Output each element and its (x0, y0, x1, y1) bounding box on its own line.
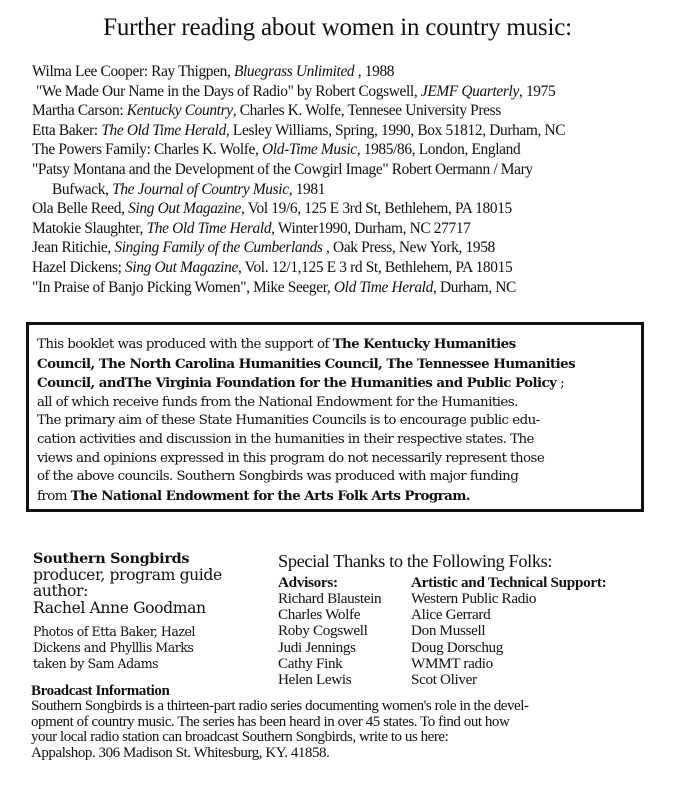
supporter-name: Western Public Radio (411, 591, 671, 607)
advisors-heading: Advisors: (278, 575, 411, 591)
producer-role: producer, program guide (33, 567, 253, 583)
advisor-name: Charles Wolfe (278, 607, 411, 623)
reference-publication: Sing Out Magazine (128, 200, 241, 217)
support-text-segment: The primary aim of these State Humanitie… (37, 413, 540, 428)
page-title: Further reading about women in country m… (0, 14, 675, 42)
advisors-column: Advisors: Richard Blaustein Charles Wolf… (278, 575, 411, 688)
reference-text: Etta Baker: (32, 122, 101, 139)
support-line: The primary aim of these State Humanitie… (37, 412, 637, 431)
reference-details: , Winter1990, Durham, NC 27717 (271, 220, 470, 237)
reference-text: "Patsy Montana and the Development of th… (32, 161, 533, 178)
reference-details: , 1988 (354, 63, 394, 80)
reference-item: "We Made Our Name in the Days of Radio" … (32, 82, 672, 102)
support-line: views and opinions expressed in this pro… (37, 450, 637, 469)
reference-item: Wilma Lee Cooper: Ray Thigpen, Bluegrass… (32, 62, 672, 82)
reference-details: , Vol. 12/1,125 E 3 rd St, Bethlehem, PA… (238, 259, 512, 276)
further-reading-list: Wilma Lee Cooper: Ray Thigpen, Bluegrass… (32, 62, 672, 297)
reference-details: , Durham, NC (433, 279, 516, 296)
reference-details: , Vol 19/6, 125 E 3rd St, Bethlehem, PA … (241, 200, 512, 217)
support-text-segment: views and opinions expressed in this pro… (37, 451, 544, 466)
producer-role-cont: author: (33, 583, 253, 599)
supporter-name: Doug Dorschug (411, 640, 671, 656)
reference-item: Jean Ritichie, Singing Family of the Cum… (32, 238, 672, 258)
reference-publication: Kentucky Country (127, 102, 233, 119)
support-text-segment: all of which receive funds from the Nati… (37, 395, 518, 410)
support-line: all of which receive funds from the Nati… (37, 394, 637, 413)
support-line: from The National Endowment for the Arts… (37, 487, 637, 507)
broadcast-information: Broadcast Information Southern Songbirds… (31, 683, 671, 761)
reference-details: , Oak Press, New York, 1958 (323, 239, 495, 256)
reference-item: Ola Belle Reed, Sing Out Magazine, Vol 1… (32, 199, 672, 219)
broadcast-heading: Broadcast Information (31, 683, 671, 699)
support-funder-name: The National Endowment for the Arts Folk… (71, 488, 470, 504)
support-line: cation activities and discussion in the … (37, 431, 637, 450)
support-column: Artistic and Technical Support: Western … (411, 575, 671, 688)
broadcast-text-line: your local radio station can broadcast S… (31, 730, 671, 746)
support-heading: Artistic and Technical Support: (411, 575, 671, 591)
producer-name: Rachel Anne Goodman (33, 599, 253, 618)
show-name: Southern Songbirds (33, 551, 253, 567)
support-text-segment: of the above councils. Southern Songbird… (37, 469, 518, 484)
support-council-name: Council, andThe Virginia Foundation for … (37, 375, 556, 391)
photo-credit-line: Photos of Etta Baker, Hazel (33, 624, 253, 640)
special-thanks-title: Special Thanks to the Following Folks: (278, 551, 675, 571)
reference-publication: The Journal of Country Music (112, 181, 289, 198)
supporter-name: Don Mussell (411, 623, 671, 639)
reference-text: Ola Belle Reed, (32, 200, 128, 217)
reference-publication: Sing Out Magazine (125, 259, 238, 276)
photo-credit-line: Dickens and Phylllis Marks (33, 640, 253, 656)
reference-publication: The Old Time Herald (101, 122, 226, 139)
support-text-segment: ; (556, 376, 564, 391)
support-acknowledgement-text: This booklet was produced with the suppo… (37, 335, 637, 506)
reference-item: Etta Baker: The Old Time Herald, Lesley … (32, 121, 672, 141)
reference-publication: Old Time Herald (334, 279, 433, 296)
reference-publication: The Old Time Herald (147, 220, 272, 237)
reference-details: , 1981 (289, 181, 325, 198)
reference-text: Wilma Lee Cooper: Ray Thigpen, (32, 63, 234, 80)
reference-text: Jean Ritichie, (32, 239, 114, 256)
special-thanks-section: Special Thanks to the Following Folks: A… (278, 551, 675, 688)
reference-details: , Lesley Williams, Spring, 1990, Box 518… (226, 122, 565, 139)
reference-text: Hazel Dickens; (32, 259, 125, 276)
photo-credit-line: taken by Sam Adams (33, 656, 253, 672)
reference-text: "In Praise of Banjo Picking Women", Mike… (32, 279, 334, 296)
advisor-name: Roby Cogswell (278, 623, 411, 639)
reference-item: Hazel Dickens; Sing Out Magazine, Vol. 1… (32, 258, 672, 278)
support-line: of the above councils. Southern Songbird… (37, 468, 637, 487)
reference-item: Matokie Slaughter, The Old Time Herald, … (32, 219, 672, 239)
support-text-segment: This booklet was produced with the suppo… (37, 337, 333, 352)
reference-publication: JEMF Quarterly (421, 83, 519, 100)
advisor-name: Cathy Fink (278, 656, 411, 672)
reference-item: "In Praise of Banjo Picking Women", Mike… (32, 278, 672, 298)
photo-credit: Photos of Etta Baker, Hazel Dickens and … (33, 624, 253, 672)
support-line: This booklet was produced with the suppo… (37, 335, 637, 355)
supporter-name: WMMT radio (411, 656, 671, 672)
reference-publication: Bluegrass Unlimited (234, 63, 354, 80)
support-council-name: The Kentucky Humanities (333, 336, 516, 352)
reference-text: Martha Carson: (32, 102, 127, 119)
support-text-segment: cation activities and discussion in the … (37, 432, 534, 447)
broadcast-text-line: Southern Songbirds is a thirteen-part ra… (31, 699, 671, 715)
reference-publication: Singing Family of the Cumberlands (114, 239, 322, 256)
broadcast-address: Appalshop. 306 Madison St. Whitesburg, K… (31, 746, 671, 762)
reference-text: Matokie Slaughter, (32, 220, 147, 237)
reference-details: , 1975 (519, 83, 555, 100)
reference-item: The Powers Family: Charles K. Wolfe, Old… (32, 140, 672, 160)
support-acknowledgement-box: This booklet was produced with the suppo… (26, 322, 644, 512)
supporter-name: Alice Gerrard (411, 607, 671, 623)
support-line: Council, andThe Virginia Foundation for … (37, 374, 637, 394)
reference-details: , 1985/86, London, England (357, 141, 521, 158)
reference-text: Bufwack, (52, 181, 112, 198)
reference-item: "Patsy Montana and the Development of th… (32, 160, 672, 199)
reference-text: The Powers Family: Charles K. Wolfe, (32, 141, 262, 158)
thanks-columns: Advisors: Richard Blaustein Charles Wolf… (278, 575, 675, 688)
reference-item: Martha Carson: Kentucky Country, Charles… (32, 101, 672, 121)
support-line: Council, The North Carolina Humanities C… (37, 355, 637, 375)
reference-publication: Old-Time Music (262, 141, 357, 158)
support-council-name: Council, The North Carolina Humanities C… (37, 356, 575, 372)
production-credits: Southern Songbirds producer, program gui… (33, 551, 253, 672)
advisor-name: Judi Jennings (278, 640, 411, 656)
support-text-segment: from (37, 489, 71, 504)
advisor-name: Richard Blaustein (278, 591, 411, 607)
reference-details: , Charles K. Wolfe, Tennesee University … (233, 102, 501, 119)
broadcast-text-line: opment of country music. The series has … (31, 715, 671, 731)
reference-text: "We Made Our Name in the Days of Radio" … (36, 83, 421, 100)
reference-continuation: Bufwack, The Journal of Country Music, 1… (32, 180, 672, 200)
